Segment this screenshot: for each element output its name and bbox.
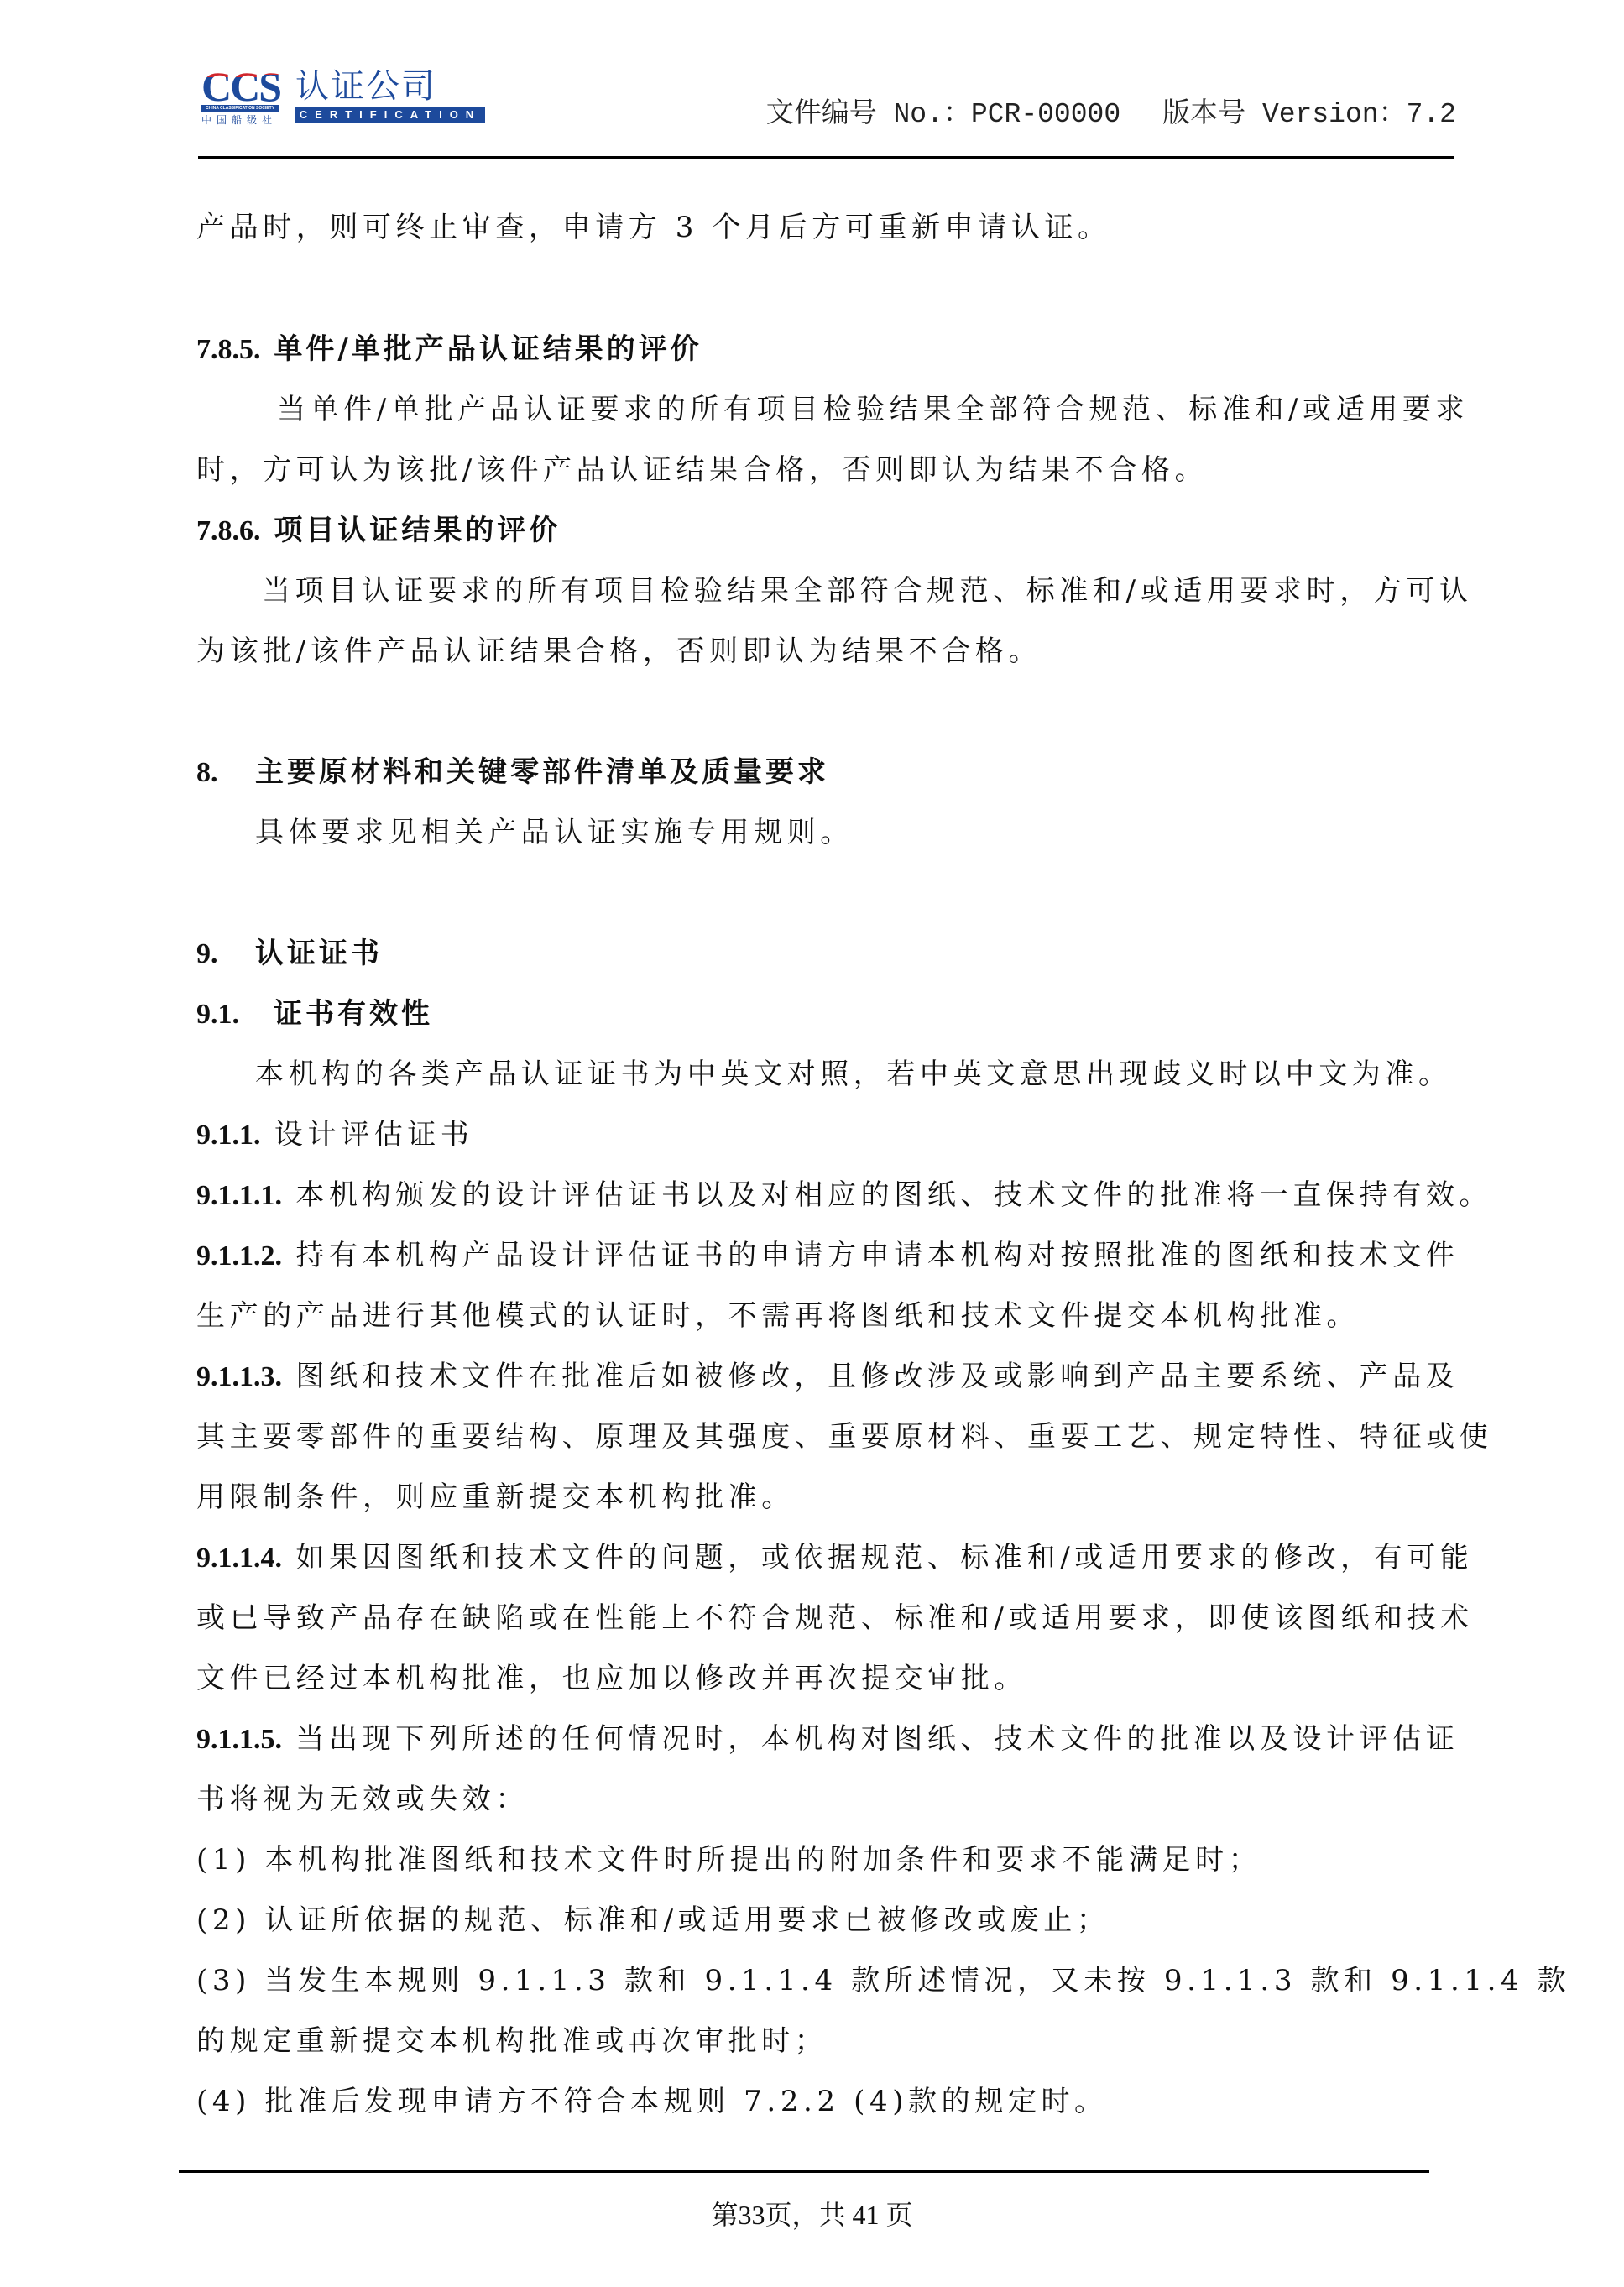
section-title: 认证证书 <box>255 937 383 970</box>
clause-text: 本机构颁发的设计评估证书以及对相应的图纸、技术文件的批准将一直保持有效。 <box>295 1178 1492 1212</box>
version: 7.2 <box>1407 99 1456 130</box>
paragraph: 当项目认证要求的所有项目检验结果全部符合规范、标准和/或适用要求时，方可认 <box>262 574 1473 608</box>
version-label: 版本号 Version： <box>1162 99 1406 130</box>
section-number: 8. <box>196 756 255 790</box>
section-number: 7.8.5. <box>196 334 261 365</box>
heading-7-8-6: 7.8.6. 项目认证结果的评价 <box>196 514 561 548</box>
section-title: 设计评估证书 <box>274 1118 474 1151</box>
paragraph: 时，方可认为该批/该件产品认证结果合格，否则即认为结果不合格。 <box>196 453 1208 487</box>
clause-9-1-1-1: 9.1.1.1. 本机构颁发的设计评估证书以及对相应的图纸、技术文件的批准将一直… <box>196 1178 1492 1213</box>
clause-9-1-1-2: 9.1.1.2. 持有本机构产品设计评估证书的申请方申请本机构对按照批准的图纸和… <box>196 1239 1459 1273</box>
paragraph: 当单件/单批产品认证要求的所有项目检验结果全部符合规范、标准和/或适用要求 <box>277 393 1469 426</box>
paragraph: 本机构的各类产品认证证书为中英文对照，若中英文意思出现歧义时以中文为准。 <box>255 1057 1452 1091</box>
clause-text: 持有本机构产品设计评估证书的申请方申请本机构对按照批准的图纸和技术文件 <box>295 1239 1459 1272</box>
list-item: (2) 认证所依据的规范、标准和/或适用要求已被修改或废止； <box>196 1903 1110 1937</box>
document-meta: 文件编号 No.：PCR-00000版本号 Version：7.2 <box>766 91 1456 130</box>
clause-text: 如果因图纸和技术文件的问题，或依据规范、标准和/或适用要求的修改，有可能 <box>295 1541 1473 1574</box>
section-number: 9.1. <box>196 998 274 1031</box>
doc-no: PCR-00000 <box>971 99 1120 130</box>
clause-9-1-1-5: 9.1.1.5. 当出现下列所述的任何情况时，本机构对图纸、技术文件的批准以及设… <box>196 1722 1459 1757</box>
footer-rule <box>179 2170 1429 2173</box>
list-item: (3) 当发生本规则 9.1.1.3 款和 9.1.1.4 款所述情况，又未按 … <box>196 1964 1570 1997</box>
heading-9-1: 9.1.证书有效性 <box>196 997 433 1031</box>
clause-9-1-1-3: 9.1.1.3. 图纸和技术文件在批准后如被修改，且修改涉及或影响到产品主要系统… <box>196 1360 1459 1394</box>
clause-number: 9.1.1.2. <box>196 1240 282 1271</box>
header-rule <box>198 156 1454 159</box>
doc-no-label: 文件编号 No.： <box>766 99 971 130</box>
paragraph-continuation: 产品时，则可终止审查，申请方 3 个月后方可重新申请认证。 <box>196 211 1111 244</box>
section-title: 单件/单批产品认证结果的评价 <box>274 332 702 366</box>
clause-number: 9.1.1.1. <box>196 1180 282 1211</box>
clause-number: 9.1.1.5. <box>196 1724 282 1755</box>
clause-9-1-1-4: 9.1.1.4. 如果因图纸和技术文件的问题，或依据规范、标准和/或适用要求的修… <box>196 1541 1473 1575</box>
heading-8: 8.主要原材料和关键零部件清单及质量要求 <box>196 755 829 790</box>
section-title: 项目认证结果的评价 <box>274 514 561 547</box>
clause-text: 图纸和技术文件在批准后如被修改，且修改涉及或影响到产品主要系统、产品及 <box>295 1360 1459 1393</box>
logo-ccs-mark: CCS <box>201 67 280 106</box>
section-number: 9.1.1. <box>196 1120 261 1151</box>
section-number: 7.8.6. <box>196 515 261 546</box>
document-page: CCS CHINA CLASSIFICATION SOCIETY 中国船级社 认… <box>0 0 1624 2287</box>
list-item: (1) 本机构批准图纸和技术文件时所提出的附加条件和要求不能满足时； <box>196 1843 1261 1877</box>
heading-9: 9.认证证书 <box>196 937 383 971</box>
list-item: (4) 批准后发现申请方不符合本规则 7.2.2 (4)款的规定时。 <box>196 2085 1108 2118</box>
clause-text: 书将视为无效或失效： <box>196 1783 529 1816</box>
clause-text: 用限制条件，则应重新提交本机构批准。 <box>196 1480 795 1514</box>
section-number: 9. <box>196 937 255 971</box>
list-item-continuation: 的规定重新提交本机构批准或再次审批时； <box>196 2024 828 2058</box>
logo-company-cn: 认证公司 <box>295 67 436 106</box>
logo-society-en: CHINA CLASSIFICATION SOCIETY <box>201 105 279 112</box>
clause-number: 9.1.1.3. <box>196 1361 282 1392</box>
logo-certification: CERTIFICATION <box>295 107 485 123</box>
clause-number: 9.1.1.4. <box>196 1543 282 1574</box>
logo-society-cn: 中国船级社 <box>201 112 277 127</box>
clause-text: 文件已经过本机构批准，也应加以修改并再次提交审批。 <box>196 1662 1027 1695</box>
section-title: 主要原材料和关键零部件清单及质量要求 <box>255 755 829 789</box>
paragraph: 具体要求见相关产品认证实施专用规则。 <box>255 816 854 849</box>
clause-text: 生产的产品进行其他模式的认证时，不需再将图纸和技术文件提交本机构批准。 <box>196 1299 1360 1333</box>
heading-7-8-5: 7.8.5. 单件/单批产品认证结果的评价 <box>196 332 702 367</box>
ccs-certification-logo: CCS CHINA CLASSIFICATION SOCIETY 中国船级社 认… <box>201 67 491 128</box>
clause-text: 当出现下列所述的任何情况时，本机构对图纸、技术文件的批准以及设计评估证 <box>295 1722 1459 1756</box>
section-title: 证书有效性 <box>274 997 433 1031</box>
page-number: 第33页，共 41 页 <box>0 2194 1624 2232</box>
clause-text: 其主要零部件的重要结构、原理及其强度、重要原材料、重要工艺、规定特性、特征或使 <box>196 1420 1492 1454</box>
paragraph: 为该批/该件产品认证结果合格，否则即认为结果不合格。 <box>196 634 1042 668</box>
heading-9-1-1: 9.1.1. 设计评估证书 <box>196 1118 474 1152</box>
clause-text: 或已导致产品存在缺陷或在性能上不符合规范、标准和/或适用要求，即使该图纸和技术 <box>196 1601 1474 1635</box>
